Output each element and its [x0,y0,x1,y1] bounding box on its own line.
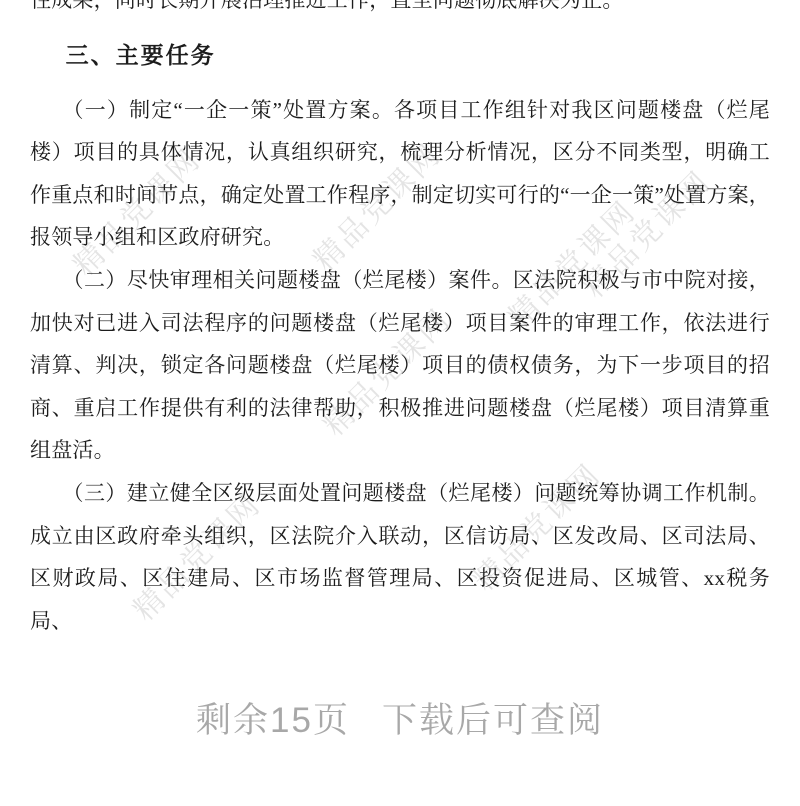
download-hint-label: 下载后可查阅 [382,702,604,741]
paragraph-1: （一）制定“一企一策”处置方案。各项目工作组针对我区问题楼盘（烂尾楼）项目的具体… [30,89,770,259]
document-content: 性成果，同时长期开展治理推进工作，直至问题彻底解决为止。 三、主要任务 （一）制… [0,0,800,642]
paragraph-3: （三）建立健全区级层面处置问题楼盘（烂尾楼）问题统筹协调工作机制。成立由区政府牵… [30,472,770,642]
pages-remaining-label: 剩余15页 [196,702,350,741]
section-heading: 三、主要任务 [30,35,770,78]
paragraph-2: （二）尽快审理相关问题楼盘（烂尾楼）案件。区法院积极与市中院对接，加快对已进入司… [30,259,770,472]
truncated-line-text: 性成果，同时长期开展治理推进工作，直至问题彻底解决为止。 [30,0,770,13]
download-notice: 剩余15页 下载后可查阅 [0,702,800,741]
truncated-line: 性成果，同时长期开展治理推进工作，直至问题彻底解决为止。 [30,0,770,13]
document-page: 精品党课网 精品党课网 精品党课网 精品党课网 精品党课网 精品党课网 精品党课… [0,0,800,806]
